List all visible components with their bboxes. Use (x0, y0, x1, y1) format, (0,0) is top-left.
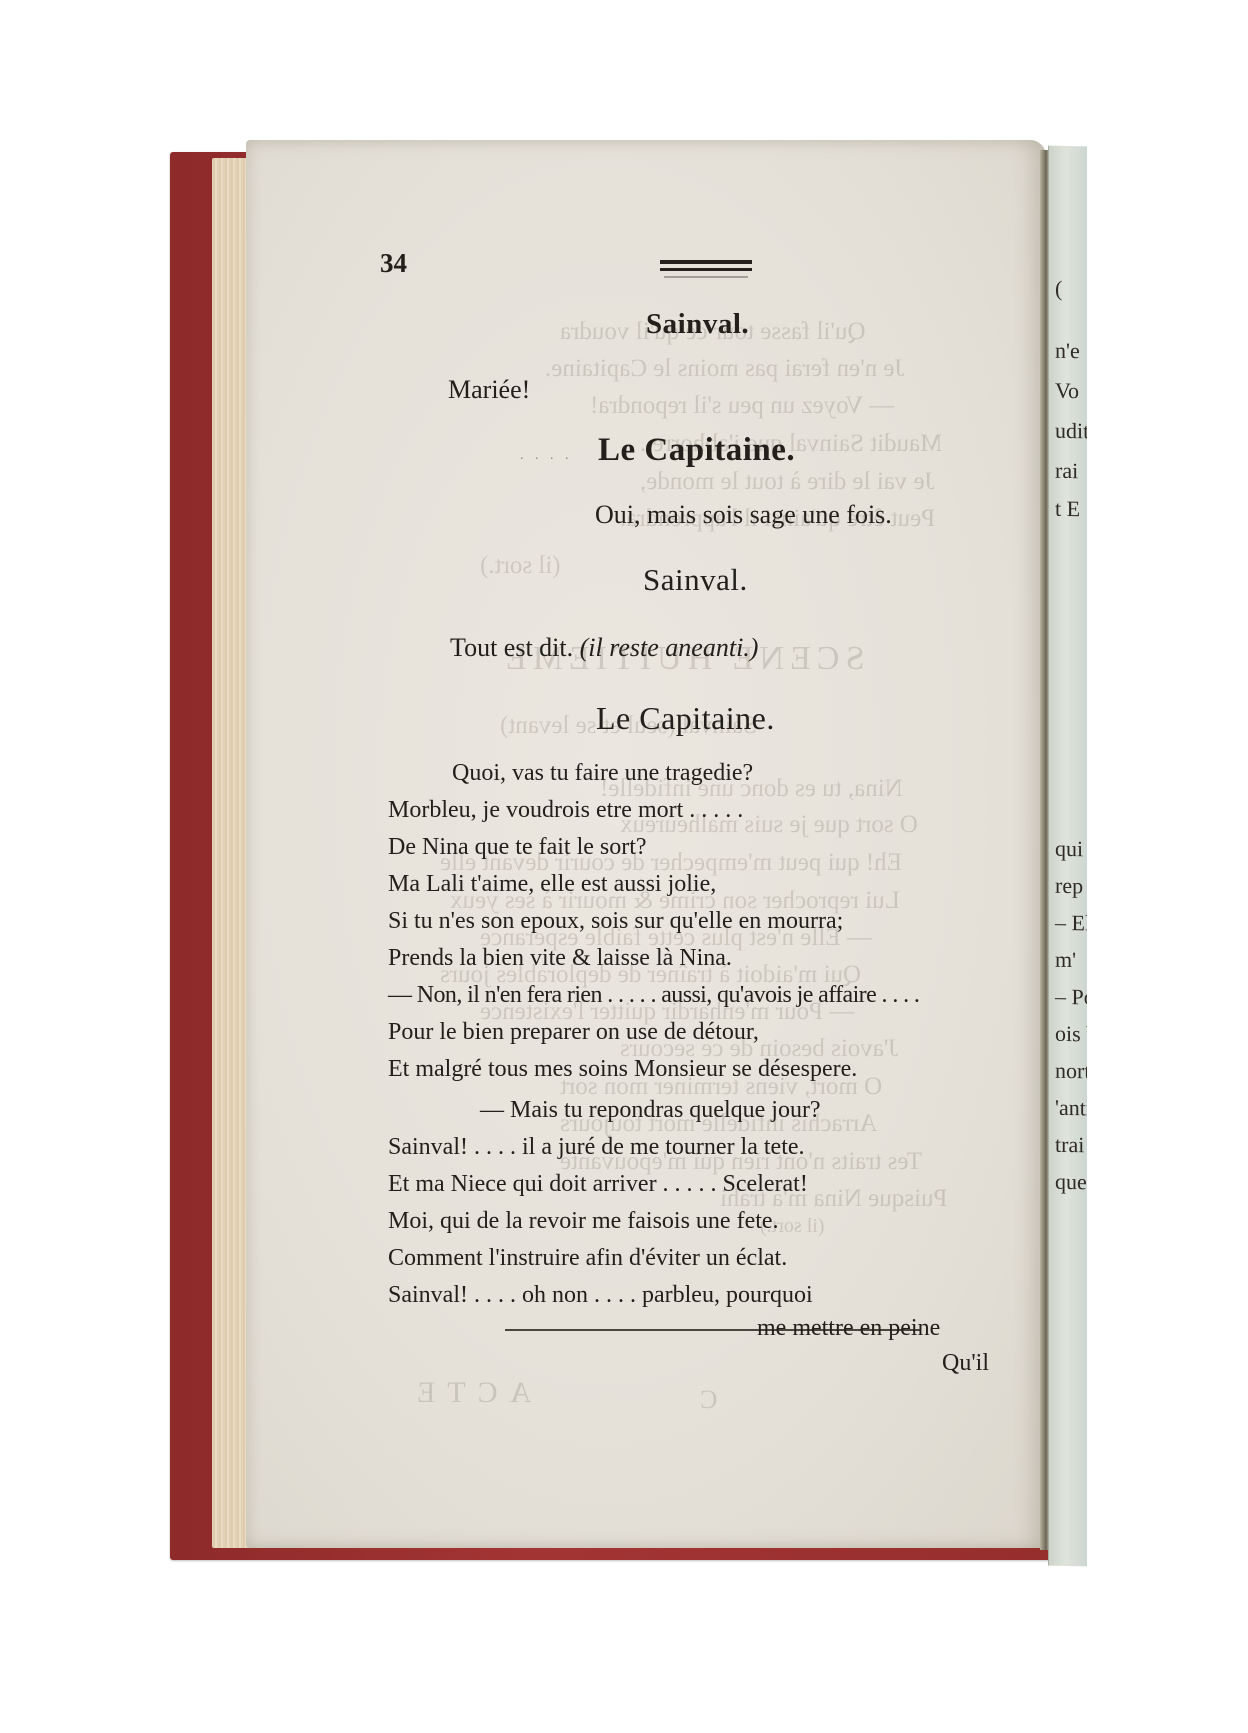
leaf-fragment: Vo (1055, 378, 1079, 404)
verse-line: Morbleu, je voudrois etre mort . . . . . (388, 797, 743, 824)
ghost-line: (il sort.) (480, 552, 561, 580)
leaf-fragment: nort (1055, 1058, 1087, 1085)
leaf-fragment: n'e (1055, 338, 1080, 364)
leaf-fragment: udit (1055, 418, 1087, 445)
verse-line: Si tu n'es son epoux, sois sur qu'elle e… (388, 908, 843, 935)
leaf-fragment: que (1055, 1169, 1087, 1196)
leaf-fragment: – Pour (1055, 984, 1087, 1011)
verse-line: Tout est dit. (il reste aneanti.) (450, 633, 758, 663)
ghost-line: Je n'en ferai pas moins le Capitaine. (545, 355, 904, 383)
next-leaf: ( n'e Vo udit rai t E qui rep – Elle m' … (1048, 146, 1087, 1567)
leaf-fragment: rep (1055, 873, 1083, 899)
leaf-fragment: m' (1055, 947, 1076, 973)
ghost-line: Je vai le dire à tout le monde, (640, 468, 934, 496)
ellipsis: . . . . (520, 448, 573, 464)
verse-line: De Nina que te fait le sort? (388, 834, 647, 861)
ghost-line: ACTE (405, 1376, 531, 1410)
speaker-sainval: Sainval. (643, 562, 748, 598)
leaf-fragment: qui (1055, 836, 1083, 862)
verse-line: Sainval! . . . . oh non . . . . parbleu,… (388, 1282, 813, 1309)
verse-line: — Non, il n'en fera rien . . . . . aussi… (388, 982, 919, 1009)
leaf-fragment: ( (1055, 276, 1062, 302)
verse-line: Ma Lali t'aime, elle est aussi jolie, (388, 871, 716, 898)
leaf-fragment: trai (1055, 1132, 1084, 1159)
leaf-fragment: t E (1055, 496, 1080, 522)
verse-line: — Mais tu repondras quelque jour? (480, 1097, 821, 1124)
verse-line: Oui, mais sois sage une fois. (595, 500, 892, 530)
speaker-sainval: Sainval. (646, 308, 749, 341)
ornament-rule-thin (660, 268, 752, 271)
speaker-capitaine: Le Capitaine. (598, 432, 795, 469)
verse-line: Quoi, vas tu faire une tragedie? (452, 760, 753, 787)
leaf-fragment: rai (1055, 458, 1078, 484)
ornament-rule-thick (660, 260, 752, 264)
leaf-fragment: 'antis (1055, 1095, 1087, 1122)
leaf-fragment: ois b (1055, 1021, 1087, 1048)
verse-line: Et malgré tous mes soins Monsieur se dés… (388, 1056, 857, 1083)
page-number: 34 (380, 248, 407, 279)
speaker-capitaine: Le Capitaine. (596, 700, 775, 737)
ghost-signature: C (700, 1385, 717, 1415)
dialogue: Tout est dit. (450, 633, 573, 662)
verse-line: Moi, qui de la revoir me faisois une fet… (388, 1208, 779, 1235)
stage-direction: (il reste aneanti.) (580, 633, 759, 662)
verse-line: Prends la bien vite & laisse là Nina. (388, 945, 732, 972)
leaf-fragment: – Elle (1055, 910, 1087, 937)
verse-line: Mariée! (448, 375, 530, 405)
ghost-line: — Voyez un peu s'il repondra! (590, 392, 894, 420)
verse-line: Sainval! . . . . il a juré de me tourner… (388, 1134, 805, 1161)
verse-line: Comment l'instruire afin d'éviter un écl… (388, 1245, 787, 1272)
catchword: Qu'il (942, 1350, 989, 1377)
ornament-rule-ghost (664, 276, 748, 278)
verse-line: Pour le bien preparer on use de détour, (388, 1019, 759, 1046)
verse-line: me mettre en peine (757, 1315, 940, 1342)
verse-line: Et ma Niece qui doit arriver . . . . . S… (388, 1171, 808, 1198)
